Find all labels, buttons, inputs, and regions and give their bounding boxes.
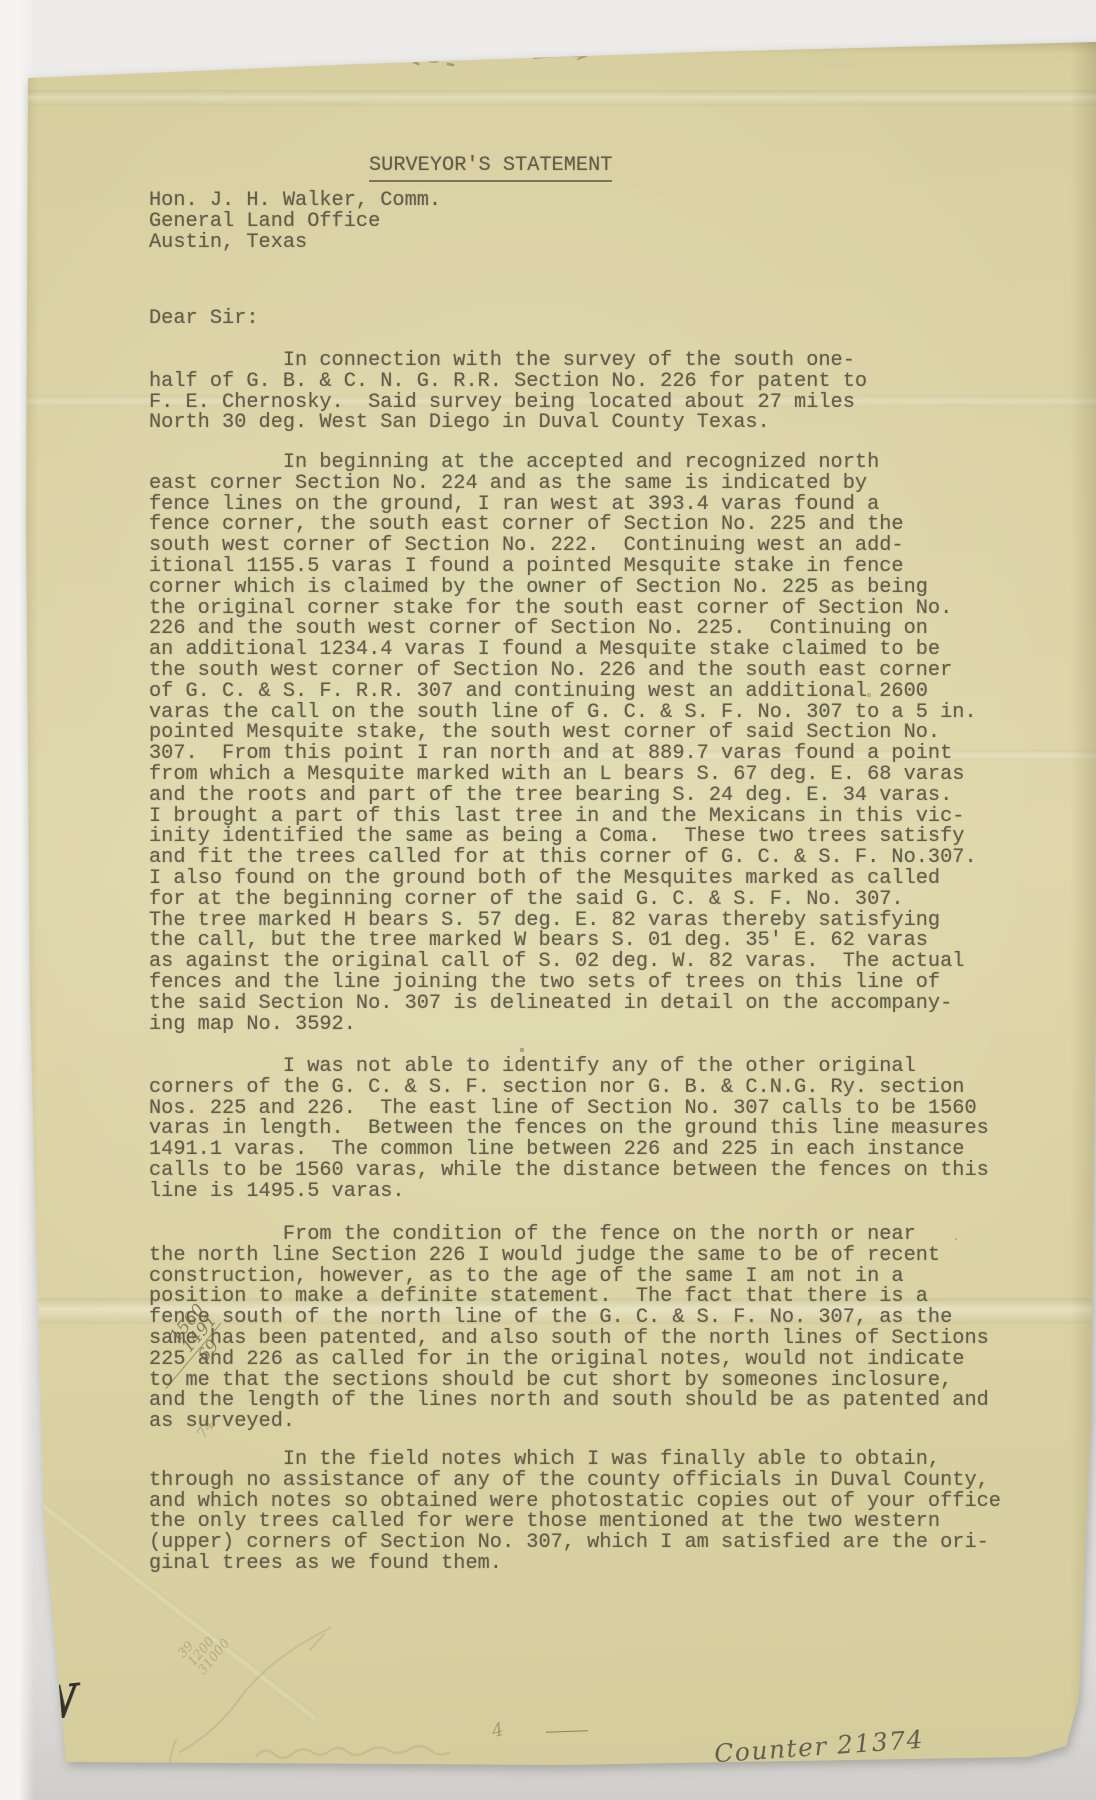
paragraph-3: I was not able to identify any of the ot… bbox=[149, 1057, 989, 1203]
scanned-letter-page: { "document": { "title": "SURVEYOR'S STA… bbox=[0, 0, 1096, 1800]
salutation: Dear Sir: bbox=[149, 309, 259, 330]
ink-smudge bbox=[330, 32, 630, 76]
paper-edge-shadow bbox=[1070, 40, 1096, 1760]
crease-line bbox=[0, 90, 1096, 106]
paragraph-4: From the condition of the fence on the n… bbox=[149, 1225, 989, 1433]
paragraph-1: In connection with the survey of the sou… bbox=[149, 351, 867, 434]
paragraph-5: In the field notes which I was finally a… bbox=[149, 1450, 1001, 1575]
ink-initial-w: W bbox=[23, 1673, 80, 1732]
paper-edge-shadow bbox=[0, 42, 1096, 54]
pencil-scribble bbox=[80, 1620, 420, 1790]
paper-edge-shadow bbox=[24, 70, 38, 1765]
document-title: SURVEYOR'S STATEMENT bbox=[369, 156, 612, 182]
pencil-dash bbox=[546, 1730, 588, 1732]
recipient-address-block: Hon. J. H. Walker, Comm. General Land Of… bbox=[149, 191, 441, 253]
counter-number-note: Counter 21374 bbox=[713, 1725, 925, 1769]
paper-sheet: SURVEYOR'S STATEMENT Hon. J. H. Walker, … bbox=[0, 0, 1096, 1800]
paper-wrap: SURVEYOR'S STATEMENT Hon. J. H. Walker, … bbox=[0, 0, 1096, 1800]
paper-specks bbox=[0, 0, 2, 2]
paragraph-2: In beginning at the accepted and recogni… bbox=[149, 453, 977, 1035]
pencil-page-mark: 4 bbox=[490, 1719, 506, 1742]
